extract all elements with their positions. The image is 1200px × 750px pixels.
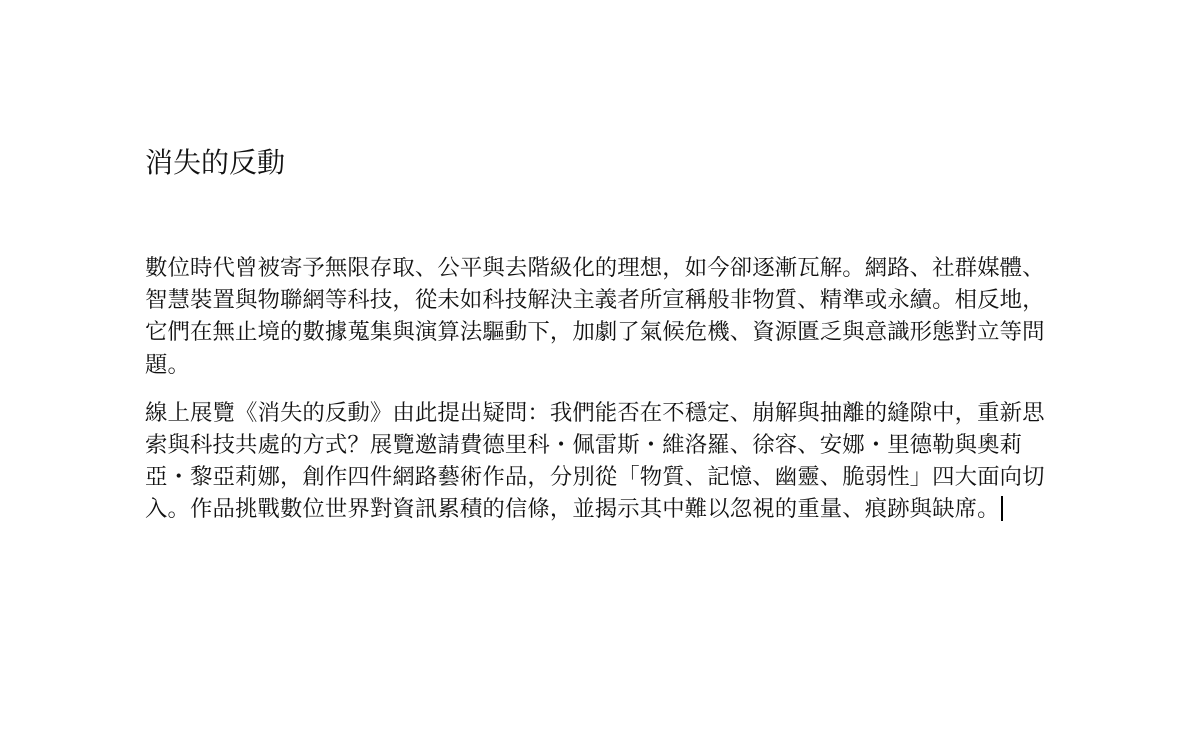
document-title[interactable]: 消失的反動 <box>145 143 1050 183</box>
document-body[interactable]: 消失的反動 數位時代曾被寄予無限存取、公平與去階級化的理想，如今卻逐漸瓦解。網路… <box>145 143 1050 542</box>
document-page: 消失的反動 數位時代曾被寄予無限存取、公平與去階級化的理想，如今卻逐漸瓦解。網路… <box>0 0 1200 750</box>
text-cursor <box>1001 496 1003 521</box>
paragraph-intro[interactable]: 數位時代曾被寄予無限存取、公平與去階級化的理想，如今卻逐漸瓦解。網路、社群媒體、… <box>145 252 1050 381</box>
paragraph-exhibition[interactable]: 線上展覽《消失的反動》由此提出疑問：我們能否在不穩定、崩解與抽離的縫隙中，重新思… <box>145 397 1050 526</box>
paragraph-exhibition-text: 線上展覽《消失的反動》由此提出疑問：我們能否在不穩定、崩解與抽離的縫隙中，重新思… <box>145 400 1045 523</box>
